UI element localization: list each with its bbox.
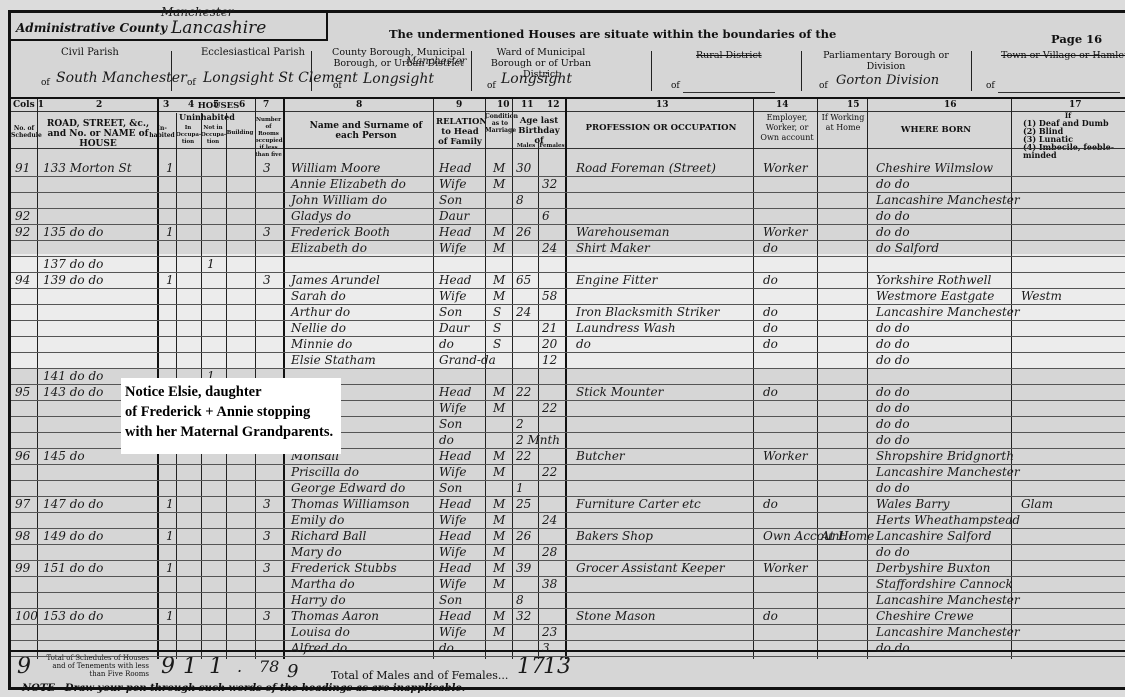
rooms: 3 — [263, 495, 271, 513]
age-female: 24 — [542, 511, 557, 529]
address: 153 do do — [43, 607, 103, 625]
inhabited: 1 — [166, 159, 174, 177]
employer-status: do — [763, 383, 778, 401]
divider — [11, 97, 1125, 99]
employer-status: Worker — [763, 447, 808, 465]
of-label: of — [333, 81, 342, 91]
admin-county-label: Administrative County — [16, 21, 167, 35]
person-name: Elizabeth do — [291, 239, 367, 257]
table-row: Alfred dodo3do do — [11, 641, 1125, 659]
divider — [171, 51, 172, 91]
schedule-number: 97 — [15, 495, 30, 513]
of-label: of — [187, 78, 196, 88]
total-uninhabited-occupation: 1 — [183, 658, 197, 676]
total-females: 13 — [543, 658, 571, 676]
town-label: Town or Village or Hamlet — [1001, 50, 1125, 61]
civil-parish-value: South Manchester — [56, 70, 187, 86]
employer-status: Worker — [763, 159, 808, 177]
of-label: of — [487, 81, 496, 91]
uninhabited-not-occupied: 1 — [207, 255, 215, 273]
age-male: 25 — [516, 495, 531, 513]
header-not-in-occupation: Not in Occupa-tion — [201, 125, 225, 146]
occupation: Stone Mason — [576, 607, 655, 625]
col-num: 8 — [356, 100, 362, 110]
col-num: 10 — [497, 100, 510, 110]
age-male: 24 — [516, 303, 531, 321]
total-persons-mark: 9 — [287, 663, 298, 681]
parliamentary-label: Parliamentary Borough or Division — [811, 50, 961, 72]
col-num: 17 — [1069, 100, 1082, 110]
row-rule — [11, 656, 1125, 657]
relation: Grand-da — [439, 351, 496, 369]
occupation: Shirt Maker — [576, 239, 650, 257]
occupation: Engine Fitter — [576, 271, 657, 289]
age-male: 32 — [516, 607, 531, 625]
condition: M — [493, 623, 505, 641]
age-male: 22 — [516, 447, 531, 465]
header-houses: HOUSES — [151, 101, 286, 111]
occupation: do — [576, 335, 591, 353]
inhabited: 1 — [166, 271, 174, 289]
age-female: 24 — [542, 239, 557, 257]
header-building: Building — [226, 128, 254, 138]
of-label: of — [671, 81, 680, 91]
header-rooms: Number of Rooms occupied if less than fi… — [255, 117, 282, 159]
header-name: Name and Surname of each Person — [301, 121, 431, 141]
header-schedule: No. of Schedule — [11, 125, 37, 139]
person-name: Elsie Statham — [291, 351, 376, 369]
occupation: Grocer Assistant Keeper — [576, 559, 725, 577]
age-male: 30 — [516, 159, 531, 177]
age-female: 58 — [542, 287, 557, 305]
ecclesiastical-parish-label: Ecclesiastical Parish — [201, 47, 305, 58]
age-female: 3 — [542, 639, 550, 657]
inhabited: 1 — [166, 607, 174, 625]
col-num: 2 — [96, 100, 102, 110]
rooms: 3 — [263, 527, 271, 545]
total-uninhabited-not: 1 — [209, 658, 223, 676]
header-employer: Employer, Worker, or Own account — [757, 113, 817, 143]
header-profession: PROFESSION OR OCCUPATION — [571, 123, 751, 133]
divider — [971, 51, 972, 91]
total-schedules: 9 — [17, 658, 31, 676]
age-female: 12 — [542, 351, 557, 369]
address: 149 do do — [43, 527, 103, 545]
rooms: 3 — [263, 223, 271, 241]
note-line-2: of Frederick + Annie stopping — [125, 402, 341, 422]
age-male: 26 — [516, 223, 531, 241]
inhabited: 1 — [166, 223, 174, 241]
age-female: 22 — [542, 463, 557, 481]
rural-district-label: Rural District — [696, 50, 762, 61]
header-road: ROAD, STREET, &c., and No. or NAME of HO… — [39, 119, 157, 149]
where-born: do Salford — [876, 239, 939, 257]
divider — [11, 39, 326, 41]
occupation: Butcher — [576, 447, 625, 465]
age-female: 22 — [542, 399, 557, 417]
age-male: 22 — [516, 383, 531, 401]
header-where-born: WHERE BORN — [871, 125, 1001, 135]
occupation: Laundress Wash — [576, 319, 676, 337]
infirmity: Westm — [1021, 287, 1062, 305]
header-infirmity: (1) Deaf and Dumb (2) Blind (3) Lunatic … — [1023, 119, 1125, 159]
employer-status: do — [763, 271, 778, 289]
schedule-number: 91 — [15, 159, 30, 177]
age-male: 39 — [516, 559, 531, 577]
age-female: 38 — [542, 575, 557, 593]
inhabited: 1 — [166, 527, 174, 545]
statement: The undermentioned Houses are situate wi… — [389, 27, 836, 41]
person-name: Alfred do — [291, 639, 347, 657]
header-uninhabited: Uninhabited — [174, 112, 240, 122]
of-label: of — [41, 78, 50, 88]
total-inhabited: 9 — [161, 658, 175, 676]
address: 139 do do — [43, 271, 103, 289]
condition: M — [493, 239, 505, 257]
where-born: do do — [876, 639, 910, 657]
col-num: 12 — [547, 100, 560, 110]
header-working-home: If Working at Home — [819, 113, 867, 133]
where-born: do do — [876, 351, 910, 369]
schedule-number: 100 — [15, 607, 38, 625]
occupation: Road Foreman (Street) — [576, 159, 716, 177]
parliamentary-value: Gorton Division — [836, 73, 939, 88]
ward-value: Longsight — [501, 71, 572, 87]
employer-status: do — [763, 335, 778, 353]
admin-county-annotation: Manchester — [161, 5, 234, 19]
col-num: 15 — [847, 100, 860, 110]
divider — [311, 51, 312, 91]
total-rooms: 78 — [259, 658, 279, 676]
header-relation: RELATION to Head of Family — [436, 117, 484, 147]
employer-status: do — [763, 607, 778, 625]
rooms: 3 — [263, 559, 271, 577]
schedule-number: 96 — [15, 447, 30, 465]
address: 143 do do — [43, 383, 103, 401]
age-male: 65 — [516, 271, 531, 289]
header-females: Females — [539, 141, 565, 151]
condition: M — [493, 463, 505, 481]
col-num: 16 — [944, 100, 957, 110]
header-males: Males — [514, 141, 538, 151]
rooms: 3 — [263, 607, 271, 625]
employer-status: do — [763, 495, 778, 513]
divider — [11, 148, 1125, 149]
footnote: NOTE—Draw your pen through such words of… — [22, 683, 465, 694]
relation: Wife — [439, 239, 467, 257]
page-number: Page 16 — [1051, 32, 1102, 46]
header-condition: Condition as to Marriage — [485, 113, 515, 134]
col-num: 14 — [776, 100, 789, 110]
condition: M — [493, 575, 505, 593]
col-num: 11 — [521, 100, 534, 110]
total-building: . — [237, 658, 242, 676]
age-female: 32 — [542, 175, 557, 193]
employer-status: Worker — [763, 559, 808, 577]
address: 145 do — [43, 447, 85, 465]
rooms: 3 — [263, 271, 271, 289]
age-male: 8 — [516, 191, 524, 209]
schedule-number: 94 — [15, 271, 30, 289]
condition: M — [493, 399, 505, 417]
address: 147 do do — [43, 495, 103, 513]
of-label: of — [819, 81, 828, 91]
schedule-number: 92 — [15, 223, 30, 241]
header-in-occupation: In Occupa-tion — [176, 125, 200, 146]
of-label: of — [986, 81, 995, 91]
relation: do — [439, 639, 454, 657]
working-at-home: At Home — [821, 527, 874, 545]
col-num: 9 — [456, 100, 462, 110]
annotation-note: Notice Elsie, daughter of Frederick + An… — [121, 378, 341, 454]
address: 135 do do — [43, 223, 103, 241]
col-num: 13 — [656, 100, 669, 110]
divider — [326, 13, 328, 41]
schedule-number: 95 — [15, 383, 30, 401]
county-borough-value: Longsight — [363, 71, 434, 87]
age-female: 28 — [542, 543, 557, 561]
civil-parish-label: Civil Parish — [61, 47, 119, 58]
infirmity: Glam — [1021, 495, 1053, 513]
inhabited: 1 — [166, 495, 174, 513]
schedule-number: 98 — [15, 527, 30, 545]
col-num: Cols 1 — [13, 100, 44, 110]
rooms: 3 — [263, 159, 271, 177]
note-line-3: with her Maternal Grandparents. — [125, 422, 341, 442]
employer-status: do — [763, 239, 778, 257]
total-males: 17 — [517, 658, 545, 676]
divider — [651, 51, 652, 91]
males-females-label: Total of Males and of Females... — [331, 669, 508, 682]
schedule-number: 99 — [15, 559, 30, 577]
infirmity-4: (4) Imbecile, feeble-minded — [1023, 143, 1125, 159]
admin-county-value: Lancashire — [171, 18, 266, 38]
occupation: Furniture Carter etc — [576, 495, 701, 513]
condition: M — [493, 175, 505, 193]
address: 151 do do — [43, 559, 103, 577]
occupation: Bakers Shop — [576, 527, 653, 545]
age-male: 26 — [516, 527, 531, 545]
divider — [801, 51, 802, 91]
age-female: 6 — [542, 207, 550, 225]
inhabited: 1 — [166, 559, 174, 577]
blank-field — [998, 92, 1120, 93]
note-line-1: Notice Elsie, daughter — [125, 382, 341, 402]
county-borough-annotation: Manchester — [406, 56, 466, 67]
divider — [471, 51, 472, 91]
header-inhabited: In-habited — [149, 125, 175, 139]
blank-field — [683, 92, 775, 93]
census-sheet: Administrative County Manchester Lancash… — [8, 10, 1125, 690]
occupation: Stick Mounter — [576, 383, 663, 401]
address: 133 Morton St — [43, 159, 132, 177]
